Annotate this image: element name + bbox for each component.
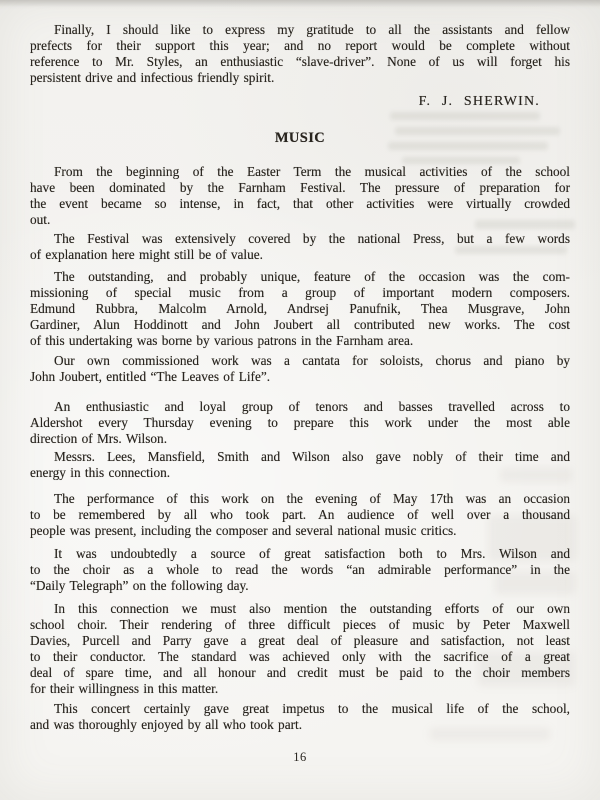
paragraph-music-6: Messrs. Lees, Mansfield, Smith and Wilso… [30,449,570,481]
text-line: Gardiner, Alun Hoddinott and John Jouber… [30,317,570,333]
text-line: to be remembered by all who took part. A… [30,507,570,523]
text-line: reference to Mr. Styles, an enthusiastic… [30,54,570,70]
scanned-document-page: Finally, I should like to express my gra… [0,0,600,800]
text-line: have been dominated by the Farnham Festi… [30,180,570,196]
text-line: The Festival was extensively covered by … [30,231,570,247]
text-line: Aldershot every Thursday evening to prep… [30,415,570,431]
text-line: Davies, Purcell and Parry gave a great d… [30,633,570,649]
text-line: for their willingness in this matter. [30,681,570,697]
text-line: Our own commissioned work was a cantata … [30,353,570,369]
text-line: In this connection we must also mention … [30,601,570,617]
text-line: Edmund Rubbra, Malcolm Arnold, Andrsej P… [30,301,570,317]
text-line: of explanation here might still be of va… [30,247,570,263]
page-number: 16 [0,750,600,765]
text-line: The performance of this work on the even… [30,491,570,507]
text-line: persistent drive and infectious friendly… [30,70,570,86]
text-line: This concert certainly gave great impetu… [30,701,570,717]
text-line: people was present, including the compos… [30,523,570,539]
text-line: energy in this connection. [30,465,570,481]
section-heading-music: MUSIC [0,130,600,147]
text-line: out. [30,212,570,228]
text-line: John Joubert, entitled “The Leaves of Li… [30,369,570,385]
paragraph-music-5: An enthusiastic and loyal group of tenor… [30,399,570,447]
paragraph-music-2: The Festival was extensively covered by … [30,231,570,263]
text-line: school choir. Their rendering of three d… [30,617,570,633]
bleed-through-artifact [402,157,520,164]
text-line: deal of spare time, and all honour and c… [30,665,570,681]
paragraph-music-10: This concert certainly gave great impetu… [30,701,570,733]
paragraph-music-4: Our own commissioned work was a cantata … [30,353,570,385]
text-line: to the choir as a whole to read the word… [30,562,570,578]
report-signature: F. J. SHERWIN. [30,94,540,110]
text-line: missioning of special music from a group… [30,285,570,301]
text-line: to their conductor. The standard was ach… [30,649,570,665]
text-line: prefects for their support this year; an… [30,38,570,54]
text-line: The outstanding, and probably unique, fe… [30,269,570,285]
paragraph-music-8: It was undoubtedly a source of great sat… [30,546,570,594]
text-line: It was undoubtedly a source of great sat… [30,546,570,562]
text-line: and was thoroughly enjoyed by all who to… [30,717,570,733]
text-line: of this undertaking was borne by various… [30,333,570,349]
paragraph-prefects-closing: Finally, I should like to express my gra… [30,22,570,86]
scan-edge-shading [0,0,600,7]
text-line: From the beginning of the Easter Term th… [30,164,570,180]
text-line: Messrs. Lees, Mansfield, Smith and Wilso… [30,449,570,465]
paragraph-music-1: From the beginning of the Easter Term th… [30,164,570,228]
paragraph-music-7: The performance of this work on the even… [30,491,570,539]
text-line: Finally, I should like to express my gra… [30,22,570,38]
text-line: An enthusiastic and loyal group of tenor… [30,399,570,415]
bleed-through-artifact [390,112,540,120]
paragraph-music-9: In this connection we must also mention … [30,601,570,697]
paragraph-music-3: The outstanding, and probably unique, fe… [30,269,570,349]
text-line: the event became so intense, in fact, th… [30,196,570,212]
text-line: “Daily Telegraph” on the following day. [30,578,570,594]
text-line: direction of Mrs. Wilson. [30,431,570,447]
